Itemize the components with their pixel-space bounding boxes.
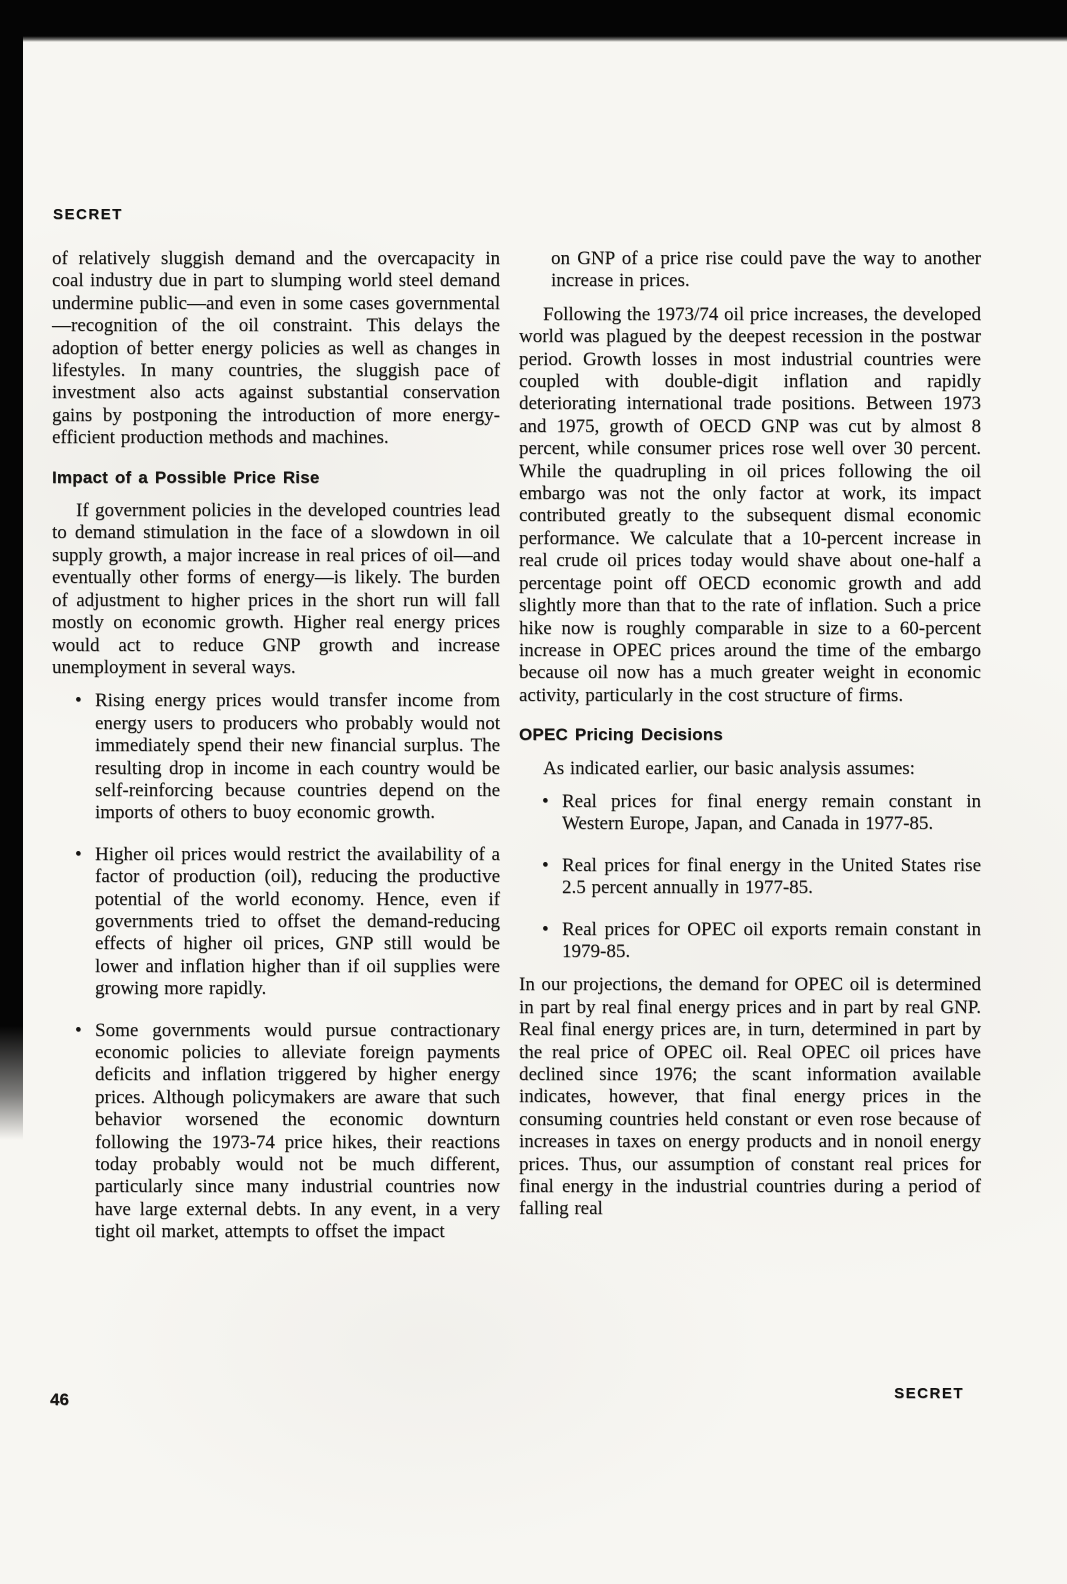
- list-item: • Rising energy prices would transfer in…: [52, 690, 500, 824]
- paragraph: If government policies in the developed …: [52, 500, 500, 679]
- paragraph: Following the 1973/74 oil price increase…: [519, 304, 981, 707]
- bullet-text: Some governments would pursue contractio…: [95, 1020, 500, 1244]
- scan-edge-top: [0, 0, 1067, 42]
- bullet-list: • Rising energy prices would transfer in…: [52, 690, 500, 1243]
- left-column: of relatively sluggish demand and the ov…: [52, 248, 500, 1244]
- paragraph: of relatively sluggish demand and the ov…: [52, 248, 500, 450]
- scan-edge-left: [0, 0, 23, 1140]
- bullet-icon: •: [542, 791, 562, 836]
- bullet-icon: •: [75, 844, 95, 1001]
- right-column: on GNP of a price rise could pave the wa…: [519, 248, 981, 1230]
- list-item: • Some governments would pursue contract…: [52, 1020, 500, 1244]
- bullet-text: Rising energy prices would transfer inco…: [95, 690, 500, 824]
- bullet-icon: •: [75, 1020, 95, 1244]
- list-item: • Real prices for OPEC oil exports remai…: [519, 919, 981, 964]
- list-item: • Real prices for final energy remain co…: [519, 791, 981, 836]
- page-number: 46: [50, 1390, 69, 1410]
- bullet-text: Real prices for OPEC oil exports remain …: [562, 919, 981, 964]
- bullet-icon: •: [542, 919, 562, 964]
- section-heading-impact-price-rise: Impact of a Possible Price Rise: [52, 467, 500, 489]
- bullet-icon: •: [542, 855, 562, 900]
- list-item: • Higher oil prices would restrict the a…: [52, 844, 500, 1001]
- paragraph: In our projections, the demand for OPEC …: [519, 974, 981, 1220]
- bullet-text: Real prices for final energy remain cons…: [562, 791, 981, 836]
- list-item: • Real prices for final energy in the Un…: [519, 855, 981, 900]
- paragraph: As indicated earlier, our basic analysis…: [519, 758, 981, 780]
- bullet-list: • Real prices for final energy remain co…: [519, 791, 981, 963]
- bullet-text: Real prices for final energy in the Unit…: [562, 855, 981, 900]
- classification-footer: SECRET: [894, 1385, 964, 1402]
- bullet-icon: •: [75, 690, 95, 824]
- section-heading-opec-pricing: OPEC Pricing Decisions: [519, 724, 981, 746]
- document-page: SECRET of relatively sluggish demand and…: [0, 0, 1067, 1584]
- classification-header: SECRET: [53, 206, 123, 223]
- paragraph-continuation: on GNP of a price rise could pave the wa…: [551, 248, 981, 293]
- bullet-text: Higher oil prices would restrict the ava…: [95, 844, 500, 1001]
